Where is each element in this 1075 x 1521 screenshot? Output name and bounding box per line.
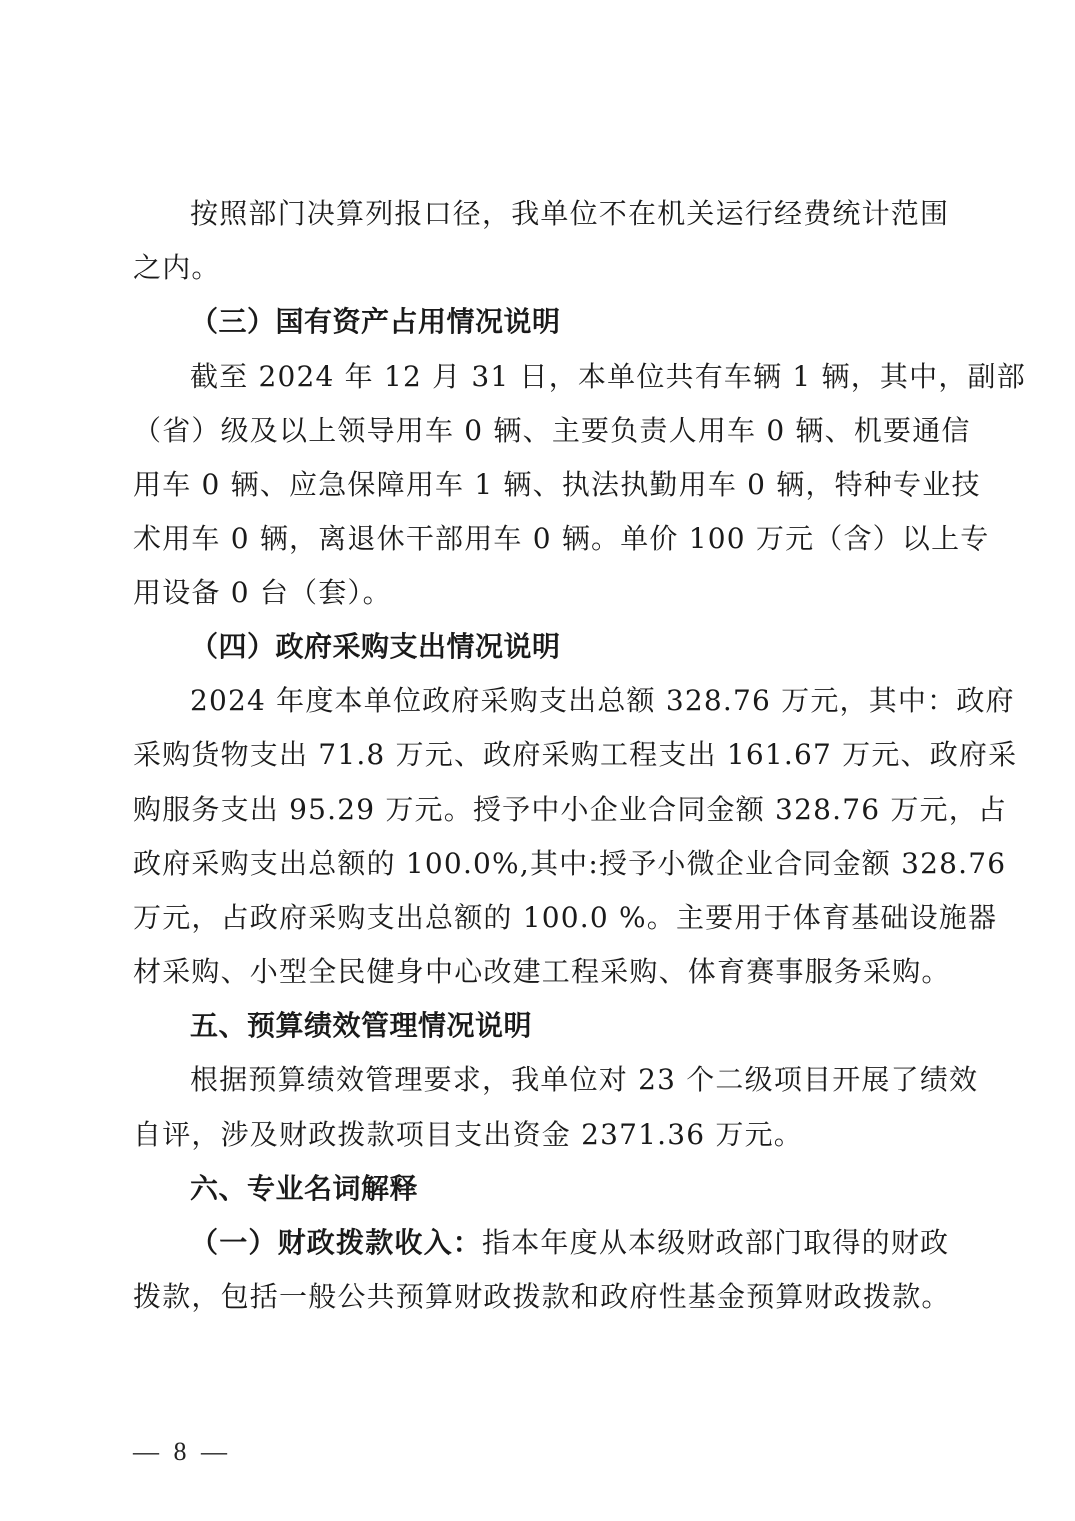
paragraph-text: 用设备 0 台（套）。 [133, 573, 945, 613]
paragraph-text: 按照部门决算列报口径，我单位不在机关运行经费统计范围 [133, 194, 945, 234]
term-text: 指本年度从本级财政部门取得的财政 [482, 1223, 949, 1263]
paragraph-text: 截至 2024 年 12 月 31 日，本单位共有车辆 1 辆，其中，副部 [133, 357, 945, 397]
term-definition: （一）财政拨款收入： 指本年度从本级财政部门取得的财政 [133, 1223, 945, 1263]
paragraph-text: 购服务支出 95.29 万元。授予中小企业合同金额 328.76 万元，占 [133, 790, 945, 830]
term-label: （一）财政拨款收入： [190, 1223, 482, 1263]
paragraph-text: 万元，占政府采购支出总额的 100.0 %。主要用于体育基础设施器 [133, 898, 945, 938]
section-heading: 六、专业名词解释 [133, 1169, 945, 1209]
paragraph-text: 自评，涉及财政拨款项目支出资金 2371.36 万元。 [133, 1115, 945, 1155]
paragraph-text: 拨款，包括一般公共预算财政拨款和政府性基金预算财政拨款。 [133, 1277, 945, 1317]
paragraph-text: （省）级及以上领导用车 0 辆、主要负责人用车 0 辆、机要通信 [133, 411, 945, 451]
paragraph-text: 政府采购支出总额的 100.0%,其中:授予小微企业合同金额 328.76 [133, 844, 945, 884]
paragraph-text: 用车 0 辆、应急保障用车 1 辆、执法执勤用车 0 辆，特种专业技 [133, 465, 945, 505]
section-heading: （四）政府采购支出情况说明 [133, 627, 945, 667]
section-heading: （三）国有资产占用情况说明 [133, 302, 945, 342]
paragraph-text: 采购货物支出 71.8 万元、政府采购工程支出 161.67 万元、政府采 [133, 735, 945, 775]
document-page: 按照部门决算列报口径，我单位不在机关运行经费统计范围 之内。 （三）国有资产占用… [0, 0, 1075, 1521]
page-number: — 8 — [133, 1437, 231, 1467]
paragraph-text: 根据预算绩效管理要求，我单位对 23 个二级项目开展了绩效 [133, 1060, 945, 1100]
paragraph-text: 2024 年度本单位政府采购支出总额 328.76 万元，其中：政府 [133, 681, 945, 721]
paragraph-text: 之内。 [133, 248, 945, 288]
section-heading: 五、预算绩效管理情况说明 [133, 1006, 945, 1046]
paragraph-text: 材采购、小型全民健身中心改建工程采购、体育赛事服务采购。 [133, 952, 945, 992]
paragraph-text: 术用车 0 辆，离退休干部用车 0 辆。单价 100 万元（含）以上专 [133, 519, 945, 559]
